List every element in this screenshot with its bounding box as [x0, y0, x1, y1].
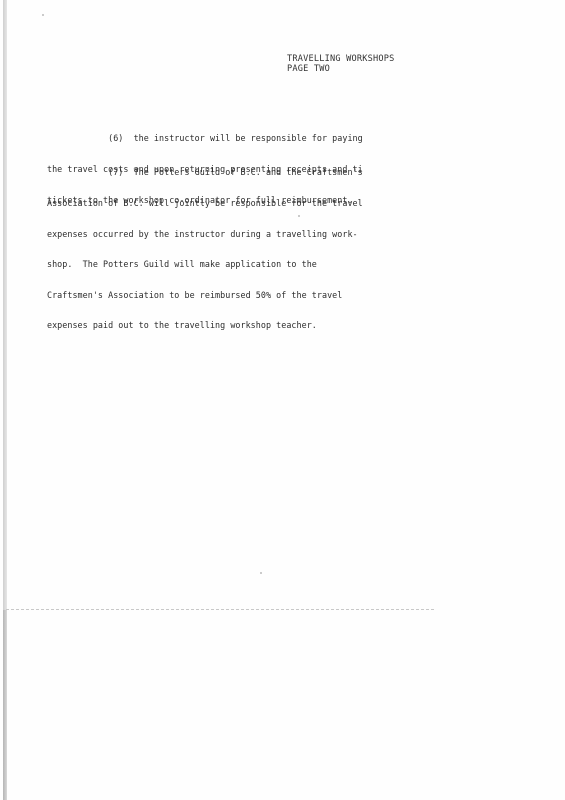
header-page-number: PAGE TWO: [287, 64, 394, 74]
paragraph-line: expenses paid out to the travelling work…: [47, 320, 363, 330]
scanned-page: TRAVELLING WORKSHOPS PAGE TWO (6) the in…: [0, 0, 565, 800]
scan-speck: [42, 14, 44, 16]
scan-speck: [260, 572, 262, 574]
paragraph-7: (7) The Potters Guild of B.C. and the Cr…: [47, 147, 363, 351]
page-left-edge-shadow-lower: [3, 610, 7, 800]
paragraph-line: Craftsmen's Association to be reimbursed…: [47, 290, 363, 300]
paragraph-line: (6) the instructor will be responsible f…: [47, 133, 363, 143]
page-header: TRAVELLING WORKSHOPS PAGE TWO: [287, 54, 394, 74]
header-title: TRAVELLING WORKSHOPS: [287, 54, 394, 64]
page-fold-line: [6, 609, 434, 611]
paragraph-line: expenses occurred by the instructor duri…: [47, 229, 363, 239]
scan-speck: [298, 215, 300, 217]
paragraph-line: (7) The Potters Guild of B.C. and the Cr…: [47, 167, 363, 177]
paragraph-line: Association of B.C. will jointly be resp…: [47, 198, 363, 208]
paragraph-line: shop. The Potters Guild will make applic…: [47, 259, 363, 269]
